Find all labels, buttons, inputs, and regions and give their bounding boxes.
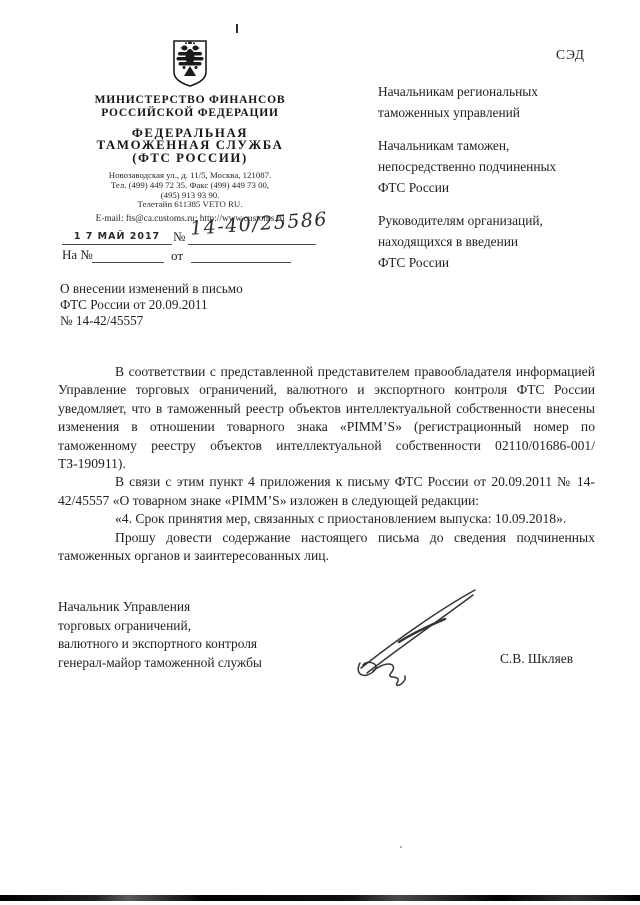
addressee-line: Начальникам региональных [378,81,610,102]
service-line: (ФТС РОССИИ) [55,152,325,165]
ministry-name: МИНИСТЕРСТВО ФИНАНСОВ РОССИЙСКОЙ ФЕДЕРАЦ… [55,94,325,120]
addressee-line: Начальникам таможен, [378,135,610,156]
ministry-line: РОССИЙСКОЙ ФЕДЕРАЦИИ [55,107,325,120]
sed-label: СЭД [556,47,585,63]
subject-line: № 14-42/45557 [60,313,243,329]
number-sign: № [173,229,185,245]
subject-line: ФТС России от 20.09.2011 [60,297,243,313]
scan-artifact-bottom-line [0,895,640,901]
reply-to-label: На № [62,247,93,263]
coat-of-arms-icon [171,40,209,87]
date-stamp: 1 7 МАЙ 2017 [74,231,160,242]
scan-artifact-tick [236,24,238,33]
postal-address: Новозаводская ул., д. 11/5, Москва, 1210… [55,171,325,210]
letter-body: В соответствии с представленной представ… [58,363,595,565]
addressee-group: Начальникам региональных таможенных упра… [378,81,610,123]
body-paragraph: В соответствии с представленной представ… [58,363,595,473]
ministry-line: МИНИСТЕРСТВО ФИНАНСОВ [55,94,325,107]
addressee-group: Начальникам таможен, непосредственно под… [378,135,610,198]
subject-line: О внесении изменений в письмо [60,281,243,297]
scan-artifact-dot [400,846,402,848]
addressee-line: Руководителям организаций, [378,210,610,231]
reply-number-underline [92,262,164,263]
addressee-line: ФТС России [378,252,610,273]
signer-position-line: валютного и экспортного контроля [58,635,262,654]
body-paragraph: «4. Срок принятия мер, связанных с приос… [58,510,595,528]
signer-name: С.В. Шкляев [500,651,573,667]
signer-position-line: генерал-майор таможенной службы [58,654,262,673]
signer-position-line: Начальник Управления [58,598,262,617]
subject-block: О внесении изменений в письмо ФТС России… [60,281,243,328]
address-line: Телетайп 611385 VETO RU. [55,200,325,210]
body-paragraph: Прошу довести содержание настоящего пись… [58,529,595,566]
signer-position-block: Начальник Управления торговых ограничени… [58,598,262,672]
number-underline [188,244,316,245]
reply-from-label: от [171,248,183,264]
reply-date-underline [191,262,291,263]
addressee-line: таможенных управлений [378,102,610,123]
document-page: МИНИСТЕРСТВО ФИНАНСОВ РОССИЙСКОЙ ФЕДЕРАЦ… [0,0,640,905]
body-paragraph: В связи с этим пункт 4 приложения к пись… [58,473,595,510]
signer-position-line: торговых ограничений, [58,617,262,636]
addressee-line: находящихся в введении [378,231,610,252]
handwritten-signature [353,586,483,691]
service-name: ФЕДЕРАЛЬНАЯ ТАМОЖЕННАЯ СЛУЖБА (ФТС РОССИ… [55,127,325,165]
addressee-line: непосредственно подчиненных [378,156,610,177]
letterhead: МИНИСТЕРСТВО ФИНАНСОВ РОССИЙСКОЙ ФЕДЕРАЦ… [55,40,325,224]
addressee-line: ФТС России [378,177,610,198]
addressee-block: Начальникам региональных таможенных упра… [378,81,610,285]
addressee-group: Руководителям организаций, находящихся в… [378,210,610,273]
date-field: 1 7 МАЙ 2017 [62,226,172,245]
